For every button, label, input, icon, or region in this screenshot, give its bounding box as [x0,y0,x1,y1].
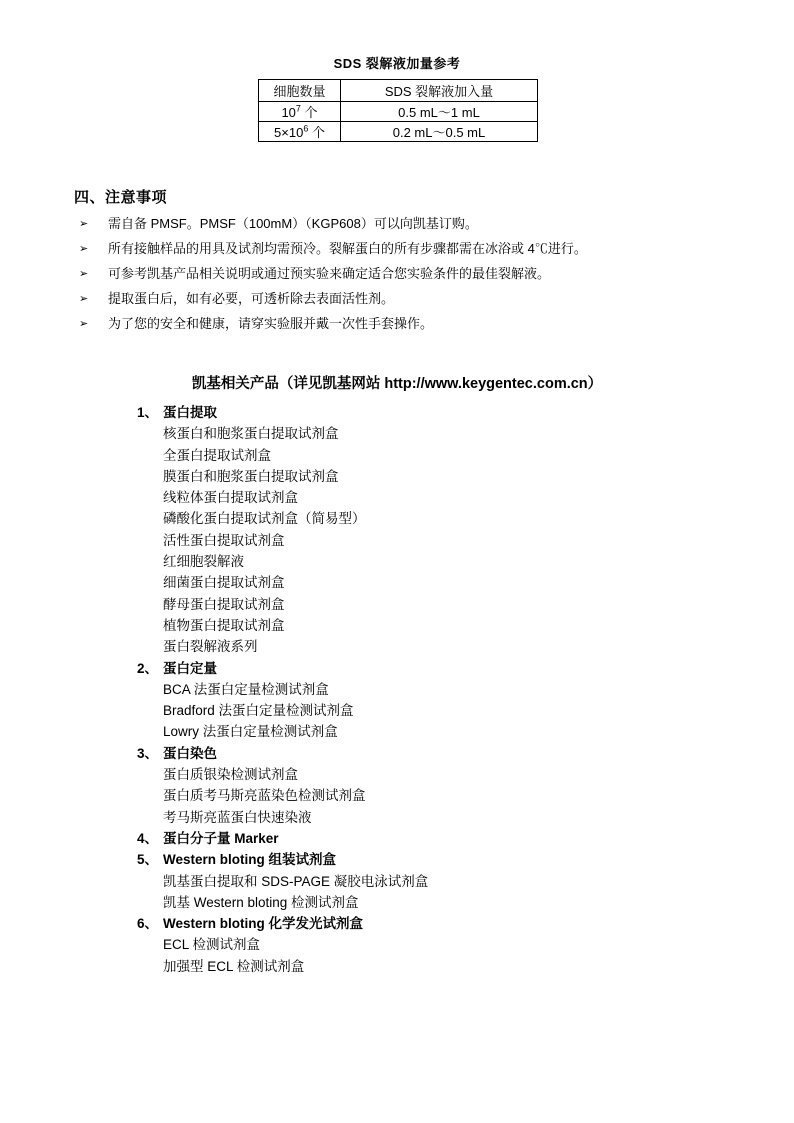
cell-cell-count: 107 个 [259,102,341,122]
product-item: 酵母蛋白提取试剂盒 [137,594,428,615]
product-item: ECL 检测试剂盒 [137,934,428,955]
product-item: 活性蛋白提取试剂盒 [137,530,428,551]
header-cell-count: 细胞数量 [259,80,341,102]
category-name: 蛋白提取 [163,402,217,423]
product-item: 植物蛋白提取试剂盒 [137,615,428,636]
cell-lysis-amount: 0.5 mL～1 mL [341,102,538,122]
header-cell-amount: SDS 裂解液加入量 [341,80,538,102]
product-item: 磷酸化蛋白提取试剂盒（简易型） [137,508,428,529]
product-item: Lowry 法蛋白定量检测试剂盒 [137,721,428,742]
arrow-bullet-icon: ➢ [79,241,108,258]
products-title: 凯基相关产品（详见凯基网站 http://www.keygentec.com.c… [0,372,794,393]
products-title-suffix: ） [588,376,603,392]
category-number: 4、 [137,828,163,849]
precaution-text: 提取蛋白后，如有必要，可透析除去表面活性剂。 [108,291,394,307]
product-item: 加强型 ECL 检测试剂盒 [137,956,428,977]
product-item: 蛋白质银染检测试剂盒 [137,764,428,785]
product-item: 细菌蛋白提取试剂盒 [137,572,428,593]
category-name: Western bloting 化学发光试剂盒 [163,913,363,934]
precaution-item: ➢所有接触样品的用具及试剂均需预冷。裂解蛋白的所有步骤都需在冰浴或 4℃进行。 [79,241,729,266]
product-item: 膜蛋白和胞浆蛋白提取试剂盒 [137,466,428,487]
arrow-bullet-icon: ➢ [79,316,108,333]
arrow-bullet-icon: ➢ [79,291,108,308]
category-name: 蛋白分子量 Marker [163,828,279,849]
count-text: 个 [308,125,325,140]
product-item: 凯基蛋白提取和 SDS-PAGE 凝胶电泳试剂盒 [137,871,428,892]
product-item: 凯基 Western bloting 检测试剂盒 [137,892,428,913]
product-category-header: 2、蛋白定量 [137,658,428,679]
precaution-item: ➢需自备 PMSF。PMSF（100mM）（KGP608）可以向凯基订购。 [79,216,729,241]
precaution-text: 为了您的安全和健康，请穿实验服并戴一次性手套操作。 [108,316,433,332]
category-number: 3、 [137,743,163,764]
arrow-bullet-icon: ➢ [79,216,108,233]
count-text: 5×10 [274,125,303,140]
precaution-item: ➢为了您的安全和健康，请穿实验服并戴一次性手套操作。 [79,316,729,341]
precautions-heading: 四、注意事项 [74,186,167,207]
product-item: 红细胞裂解液 [137,551,428,572]
products-list: 1、蛋白提取核蛋白和胞浆蛋白提取试剂盒全蛋白提取试剂盒膜蛋白和胞浆蛋白提取试剂盒… [137,402,428,977]
sds-table-title: SDS 裂解液加量参考 [0,53,794,72]
category-name: Western bloting 组装试剂盒 [163,849,336,870]
product-category-header: 3、蛋白染色 [137,743,428,764]
precaution-text: 需自备 PMSF。PMSF（100mM）（KGP608）可以向凯基订购。 [108,216,478,232]
product-item: 全蛋白提取试剂盒 [137,445,428,466]
table-row: 107 个0.5 mL～1 mL [259,102,538,122]
precaution-item: ➢可参考凯基产品相关说明或通过预实验来确定适合您实验条件的最佳裂解液。 [79,266,729,291]
table-header-row: 细胞数量 SDS 裂解液加入量 [259,80,538,102]
arrow-bullet-icon: ➢ [79,266,108,283]
category-number: 2、 [137,658,163,679]
category-name: 蛋白定量 [163,658,217,679]
table-row: 5×106 个0.2 mL～0.5 mL [259,122,538,142]
product-category-header: 5、Western bloting 组装试剂盒 [137,849,428,870]
product-item: Bradford 法蛋白定量检测试剂盒 [137,700,428,721]
precaution-item: ➢提取蛋白后，如有必要，可透析除去表面活性剂。 [79,291,729,316]
product-item: 考马斯亮蓝蛋白快速染液 [137,807,428,828]
category-name: 蛋白染色 [163,743,217,764]
sds-reference-table: 细胞数量 SDS 裂解液加入量 107 个0.5 mL～1 mL5×106 个0… [258,79,538,142]
count-text: 10 [281,105,295,120]
product-category-header: 4、蛋白分子量 Marker [137,828,428,849]
product-category-header: 6、Western bloting 化学发光试剂盒 [137,913,428,934]
precaution-text: 所有接触样品的用具及试剂均需预冷。裂解蛋白的所有步骤都需在冰浴或 4℃进行。 [108,241,587,257]
product-item: 蛋白质考马斯亮蓝染色检测试剂盒 [137,785,428,806]
keygen-website-url: http://www.keygentec.com.cn [384,376,587,392]
cell-lysis-amount: 0.2 mL～0.5 mL [341,122,538,142]
product-category-header: 1、蛋白提取 [137,402,428,423]
product-item: BCA 法蛋白定量检测试剂盒 [137,679,428,700]
sds-table-body: 107 个0.5 mL～1 mL5×106 个0.2 mL～0.5 mL [259,102,538,142]
count-text: 个 [301,105,318,120]
precautions-list: ➢需自备 PMSF。PMSF（100mM）（KGP608）可以向凯基订购。➢所有… [79,216,729,341]
product-item: 蛋白裂解液系列 [137,636,428,657]
precaution-text: 可参考凯基产品相关说明或通过预实验来确定适合您实验条件的最佳裂解液。 [108,266,550,282]
cell-cell-count: 5×106 个 [259,122,341,142]
product-item: 线粒体蛋白提取试剂盒 [137,487,428,508]
product-item: 核蛋白和胞浆蛋白提取试剂盒 [137,423,428,444]
document-page: SDS 裂解液加量参考 细胞数量 SDS 裂解液加入量 107 个0.5 mL～… [0,0,794,1123]
category-number: 5、 [137,849,163,870]
category-number: 6、 [137,913,163,934]
category-number: 1、 [137,402,163,423]
products-title-prefix: 凯基相关产品（详见凯基网站 [192,376,385,392]
